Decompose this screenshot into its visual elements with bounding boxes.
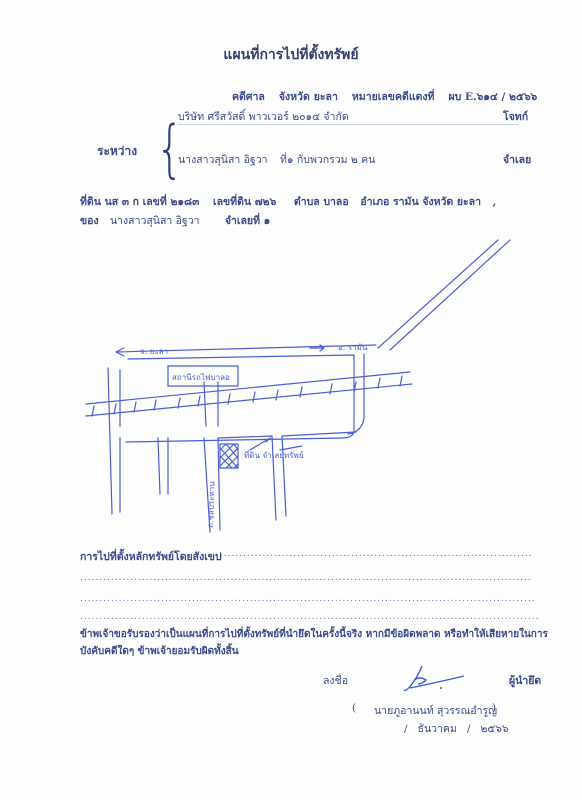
defendant-role: จำเลย: [503, 151, 531, 168]
parcel-number: ๗๒๖: [255, 196, 276, 208]
open-paren: (: [352, 702, 356, 714]
summary-label: การไปที่ตั้งหลักทรัพย์โดยสังเขป: [80, 548, 222, 565]
label-raman: อ. รามัน: [338, 343, 368, 352]
hand-drawn-map: จ. ยะลา อ. รามัน สถานีรถไฟบาลอ ที่ดิน จำ…: [80, 232, 560, 538]
label-side-road: ถ.ชลประทาน: [206, 481, 217, 528]
between-label: ระหว่าง: [97, 142, 137, 161]
certification-line1: ข้าพเจ้าขอรับรองว่าเป็นแผนที่การไปที่ตั้…: [80, 627, 548, 642]
close-paren: ): [492, 702, 496, 714]
plaintiff-role: โจทก์: [503, 108, 528, 125]
sign-label: ลงชื่อ: [323, 672, 348, 689]
land-province: จังหวัด ยะลา: [422, 196, 481, 208]
sign-date: / ธันวาคม / ๒๕๖๖: [404, 720, 509, 737]
land-info-line2: ของ นางสาวสุนิสา อิฐวา จำเลยที่ ๑: [80, 212, 270, 229]
defendant-name: นางสาวสุนิสา อิฐวา: [178, 151, 268, 168]
province-label: จังหวัด: [279, 91, 310, 103]
brace-symbol: {: [156, 118, 184, 180]
label-property: ที่ดิน จำเลยทรัพย์: [244, 449, 304, 460]
province-value: ยะลา: [314, 91, 338, 103]
blank-line-1: ........................................…: [80, 573, 530, 583]
owner-name: นางสาวสุนิสา อิฐวา: [110, 215, 200, 227]
signature-mark: [400, 662, 472, 696]
blank-line-2: ........................................…: [80, 594, 535, 604]
summary-dots: ........................................…: [216, 549, 532, 559]
plaintiff-underline: [178, 124, 518, 125]
label-yala: จ. ยะลา: [140, 347, 168, 356]
label-station: สถานีรถไฟบาลอ: [172, 373, 230, 382]
deed-label: ที่ดิน นส ๓ ก เลขที่: [80, 196, 167, 208]
parcel-label: เลขที่ดิน: [213, 196, 251, 208]
defendant-ref: จำเลยที่ ๑: [225, 215, 270, 227]
case-header: คดีศาลจังหวัดยะลาหมายเลขคดีแดงที่ผบ E.๖๑…: [232, 88, 551, 105]
case-number-label: หมายเลขคดีแดงที่: [352, 91, 435, 103]
signer-name: นายภูอานนท์ สุวรรณอำรูญ: [374, 702, 497, 719]
plaintiff-name: บริษัท ศรีสวัสดิ์ พาวเวอร์ ๒๐๑๔ จำกัด: [178, 108, 349, 125]
defendant-extra: ที่๑ กับพวกรวม ๒ คน: [280, 151, 375, 168]
court-label: คดีศาล: [232, 91, 265, 103]
owner-label: ของ: [80, 215, 99, 227]
district: อำเภอ รามัน: [360, 196, 418, 208]
certification-line2: บังคับคดีใดๆ ข้าพเจ้ายอมรับผิดทั้งสิ้น: [80, 644, 239, 659]
land-info-line1: ที่ดิน นส ๓ ก เลขที่ ๒๑๘๓ เลขที่ดิน ๗๒๖ …: [80, 193, 496, 210]
deed-number: ๒๑๘๓: [170, 196, 199, 208]
blank-line-3: ........................................…: [80, 612, 540, 622]
document-title: แผนที่การไปที่ตั้งทรัพย์: [0, 44, 582, 66]
signer-role: ผู้นำยึด: [509, 672, 541, 689]
subdistrict: ตำบล บาลอ: [294, 196, 349, 208]
case-number-value: ผบ E.๖๑๔ / ๒๕๖๖: [448, 91, 537, 103]
comma: ,: [493, 196, 497, 208]
